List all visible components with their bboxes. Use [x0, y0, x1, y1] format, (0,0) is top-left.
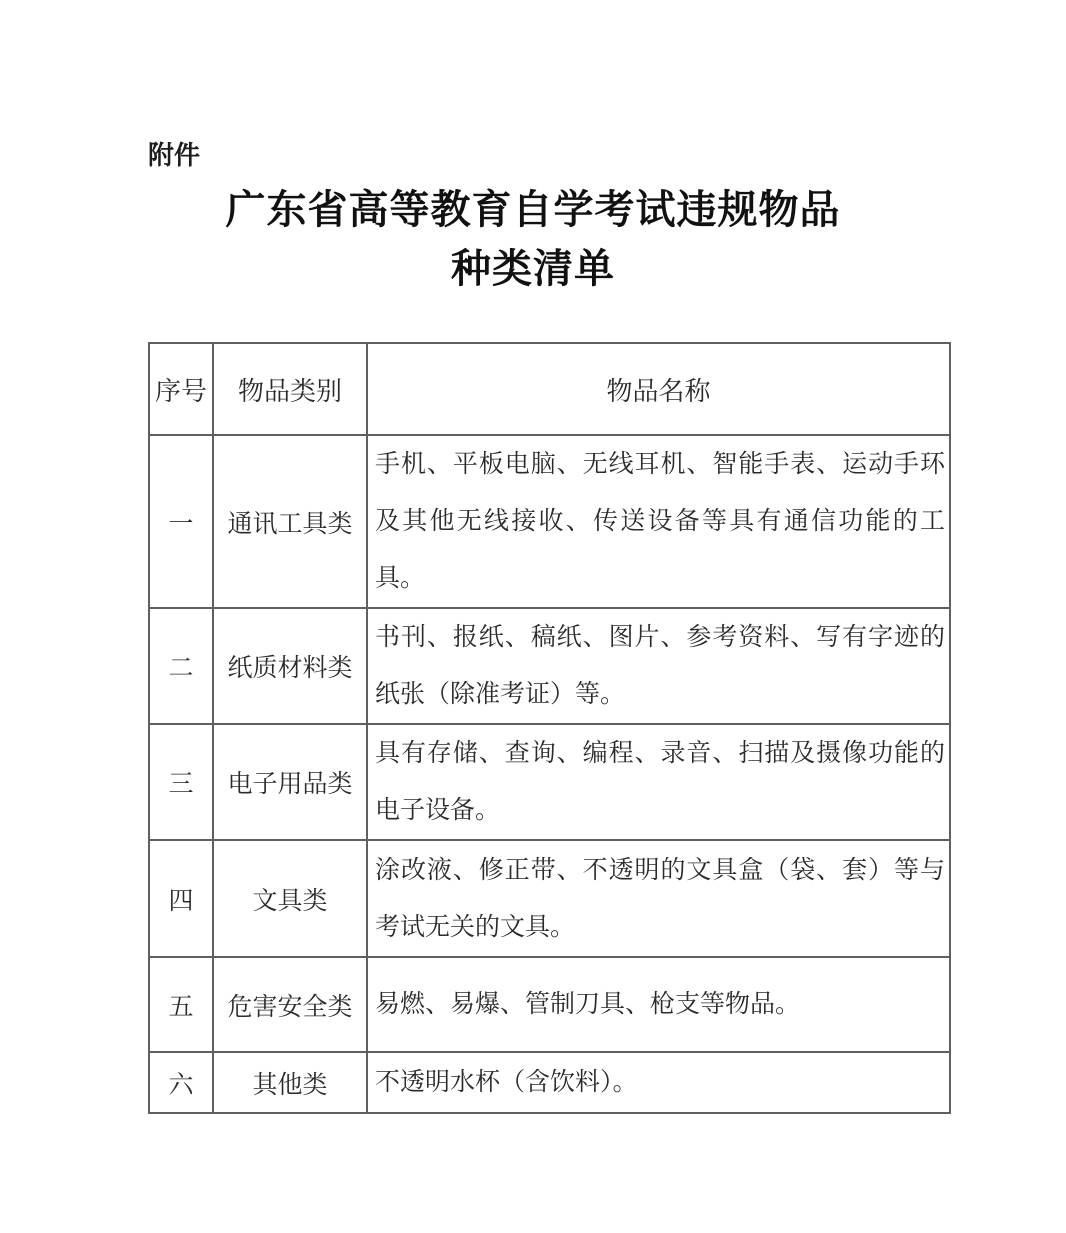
table-row-6: 六 其他类 不透明水杯（含饮料）。: [149, 1052, 950, 1113]
header-serial-number: 序号: [149, 343, 213, 435]
row-4-serial: 四: [149, 840, 213, 957]
row-6-serial: 六: [149, 1052, 213, 1113]
row-1-serial: 一: [149, 435, 213, 608]
row-6-category: 其他类: [213, 1052, 367, 1113]
table-row-1: 一 通讯工具类 手机、平板电脑、无线耳机、智能手表、运动手环及其他无线接收、传送…: [149, 435, 950, 608]
title-line-1: 广东省高等教育自学考试违规物品: [0, 180, 1066, 239]
table-row-3: 三 电子用品类 具有存储、查询、编程、录音、扫描及摄像功能的电子设备。: [149, 724, 950, 840]
document-page: 附件 广东省高等教育自学考试违规物品 种类清单 序号 物品类别 物品名称 一 通…: [0, 0, 1066, 1233]
row-4-category: 文具类: [213, 840, 367, 957]
row-2-serial: 二: [149, 608, 213, 724]
table-header-row: 序号 物品类别 物品名称: [149, 343, 950, 435]
table-row-2: 二 纸质材料类 书刊、报纸、稿纸、图片、参考资料、写有字迹的纸张（除准考证）等。: [149, 608, 950, 724]
title-line-2: 种类清单: [0, 239, 1066, 298]
table-row-5: 五 危害安全类 易燃、易爆、管制刀具、枪支等物品。: [149, 957, 950, 1052]
prohibited-items-table: 序号 物品类别 物品名称 一 通讯工具类 手机、平板电脑、无线耳机、智能手表、运…: [148, 342, 951, 1114]
row-2-category: 纸质材料类: [213, 608, 367, 724]
table-row-4: 四 文具类 涂改液、修正带、不透明的文具盒（袋、套）等与考试无关的文具。: [149, 840, 950, 957]
row-3-items: 具有存储、查询、编程、录音、扫描及摄像功能的电子设备。: [367, 724, 950, 840]
row-5-serial: 五: [149, 957, 213, 1052]
row-3-category: 电子用品类: [213, 724, 367, 840]
row-5-items: 易燃、易爆、管制刀具、枪支等物品。: [367, 957, 950, 1052]
attachment-label: 附件: [148, 140, 1066, 170]
row-1-items: 手机、平板电脑、无线耳机、智能手表、运动手环及其他无线接收、传送设备等具有通信功…: [367, 435, 950, 608]
row-3-serial: 三: [149, 724, 213, 840]
header-item-category: 物品类别: [213, 343, 367, 435]
document-title: 广东省高等教育自学考试违规物品 种类清单: [0, 180, 1066, 298]
row-6-items: 不透明水杯（含饮料）。: [367, 1052, 950, 1113]
row-5-category: 危害安全类: [213, 957, 367, 1052]
row-4-items: 涂改液、修正带、不透明的文具盒（袋、套）等与考试无关的文具。: [367, 840, 950, 957]
row-1-category: 通讯工具类: [213, 435, 367, 608]
header-item-name: 物品名称: [367, 343, 950, 435]
row-2-items: 书刊、报纸、稿纸、图片、参考资料、写有字迹的纸张（除准考证）等。: [367, 608, 950, 724]
